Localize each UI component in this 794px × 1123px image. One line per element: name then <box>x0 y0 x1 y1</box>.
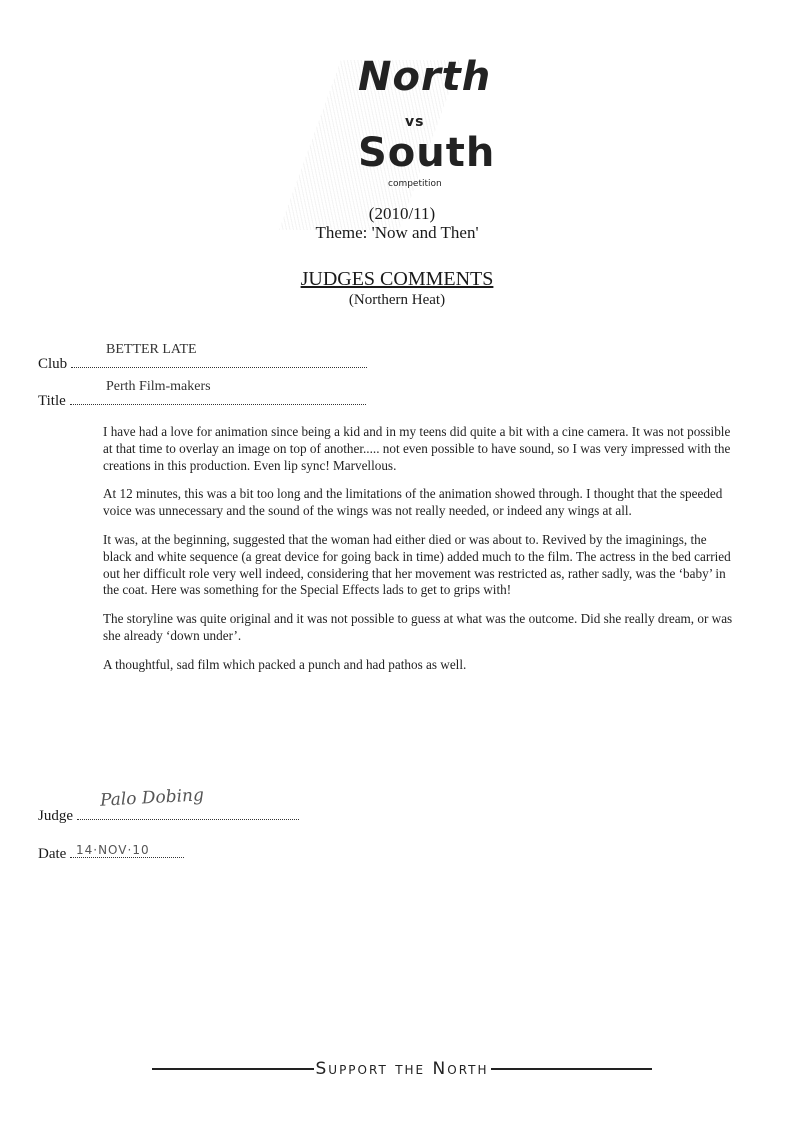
competition-theme: Theme: 'Now and Then' <box>0 223 794 243</box>
page-subtitle: (Northern Heat) <box>0 292 794 309</box>
footer-rule-left <box>152 1068 314 1070</box>
title-label: Title <box>38 393 66 410</box>
logo-south-text: South <box>358 130 495 176</box>
judge-signature: Palo Dobing <box>100 785 205 810</box>
comment-paragraph: At 12 minutes, this was a bit too long a… <box>103 486 733 520</box>
club-field: Club BETTER LATE <box>38 356 367 373</box>
title-field: Title Perth Film-makers <box>38 393 366 410</box>
page-title-text: JUDGES COMMENTS <box>301 268 494 290</box>
judge-comments: I have had a love for animation since be… <box>103 424 733 686</box>
comment-paragraph: A thoughtful, sad film which packed a pu… <box>103 657 733 674</box>
comment-paragraph: It was, at the beginning, suggested that… <box>103 532 733 599</box>
page-title: JUDGES COMMENTS <box>0 268 794 291</box>
logo-vs-text: vs <box>405 114 424 130</box>
logo-north-text: North <box>358 54 491 100</box>
title-dotted-line <box>70 394 366 405</box>
footer-rule-right <box>491 1068 653 1070</box>
judge-dotted-line <box>77 809 299 820</box>
date-value: 14·NOV·10 <box>76 843 150 857</box>
judge-field: Judge Palo Dobing <box>38 808 299 825</box>
competition-logo: North vs South competition <box>300 50 520 200</box>
footer-motto: Support the North <box>314 1059 491 1079</box>
title-value: Perth Film-makers <box>106 379 211 395</box>
comment-paragraph: I have had a love for animation since be… <box>103 424 733 474</box>
club-label: Club <box>38 356 67 373</box>
club-dotted-line <box>71 357 367 368</box>
date-label: Date <box>38 846 66 863</box>
club-value: BETTER LATE <box>106 342 197 358</box>
comment-paragraph: The storyline was quite original and it … <box>103 611 733 645</box>
season-year: (2010/11) <box>0 204 794 224</box>
logo-competition-text: competition <box>388 179 442 189</box>
date-field: Date 14·NOV·10 <box>38 846 184 863</box>
judge-label: Judge <box>38 808 73 825</box>
footer-banner: Support the North <box>152 1054 652 1084</box>
